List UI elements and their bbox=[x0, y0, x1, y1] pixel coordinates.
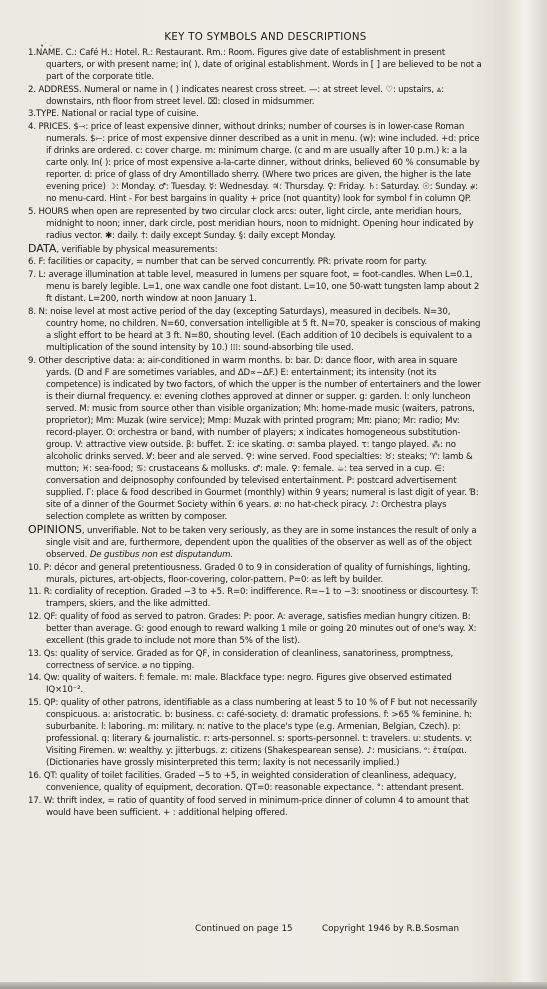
data-subtitle: , verifiable by physical measurements: bbox=[56, 245, 217, 255]
continued-note: Continued on page 15 bbox=[195, 924, 293, 934]
entry-waiters: 14. Qw: quality of waiters. f: female. m… bbox=[28, 672, 483, 696]
entry-address: 2. ADDRESS. Numeral or name in ( ) indic… bbox=[28, 84, 483, 108]
entry-prices: 4. PRICES. $⤙: price of least expensive … bbox=[28, 121, 483, 205]
entry-noise: 8. N: noise level at most active period … bbox=[28, 306, 483, 354]
opinions-section-heading: OPINIONS, unverifiable. Not to be taken … bbox=[28, 524, 483, 561]
entry-thrift: 17. W: thrift index, = ratio of quantity… bbox=[28, 795, 483, 819]
key-content: KEY TO SYMBOLS AND DESCRIPTIONS 1.NAME. … bbox=[28, 32, 483, 819]
entry-name: 1.NAME. C.: Café H.: Hotel. R.: Restaura… bbox=[28, 47, 483, 83]
latin-phrase: De gustibus non est disputandum. bbox=[90, 550, 233, 560]
document-page: •˙ · KEY TO SYMBOLS AND DESCRIPTIONS 1.N… bbox=[0, 0, 547, 982]
copyright-note: Copyright 1946 by R.B.Sosman bbox=[322, 924, 459, 934]
entry-reception: 11. R: cordiality of reception. Graded −… bbox=[28, 586, 483, 610]
entry-hours: 5. HOURS when open are represented by tw… bbox=[28, 206, 483, 242]
entry-illumination: 7. L: average illumination at table leve… bbox=[28, 269, 483, 305]
entry-facilities: 6. F: facilities or capacity, = number t… bbox=[28, 256, 483, 268]
data-heading: DATA bbox=[28, 242, 56, 255]
entry-service-quality: 13. Qs: quality of service. Graded as fo… bbox=[28, 648, 483, 672]
data-section-heading: DATA, verifiable by physical measurement… bbox=[28, 243, 483, 256]
entry-type: 3.TYPE. National or racial type of cuisi… bbox=[28, 108, 483, 120]
page-bottom-edge bbox=[0, 982, 547, 989]
entry-toilets: 16. QT: quality of toilet facilities. Gr… bbox=[28, 770, 483, 794]
entry-patrons: 15. QP: quality of other patrons, identi… bbox=[28, 697, 483, 769]
entry-other-data: 9. Other descriptive data: a: air-condit… bbox=[28, 355, 483, 524]
entry-decor: 10. P: décor and general pretentiousness… bbox=[28, 562, 483, 586]
opinions-heading: OPINIONS bbox=[28, 523, 82, 536]
page-title: KEY TO SYMBOLS AND DESCRIPTIONS bbox=[48, 32, 483, 45]
entry-food-quality: 12. QF: quality of food as served to pat… bbox=[28, 611, 483, 647]
